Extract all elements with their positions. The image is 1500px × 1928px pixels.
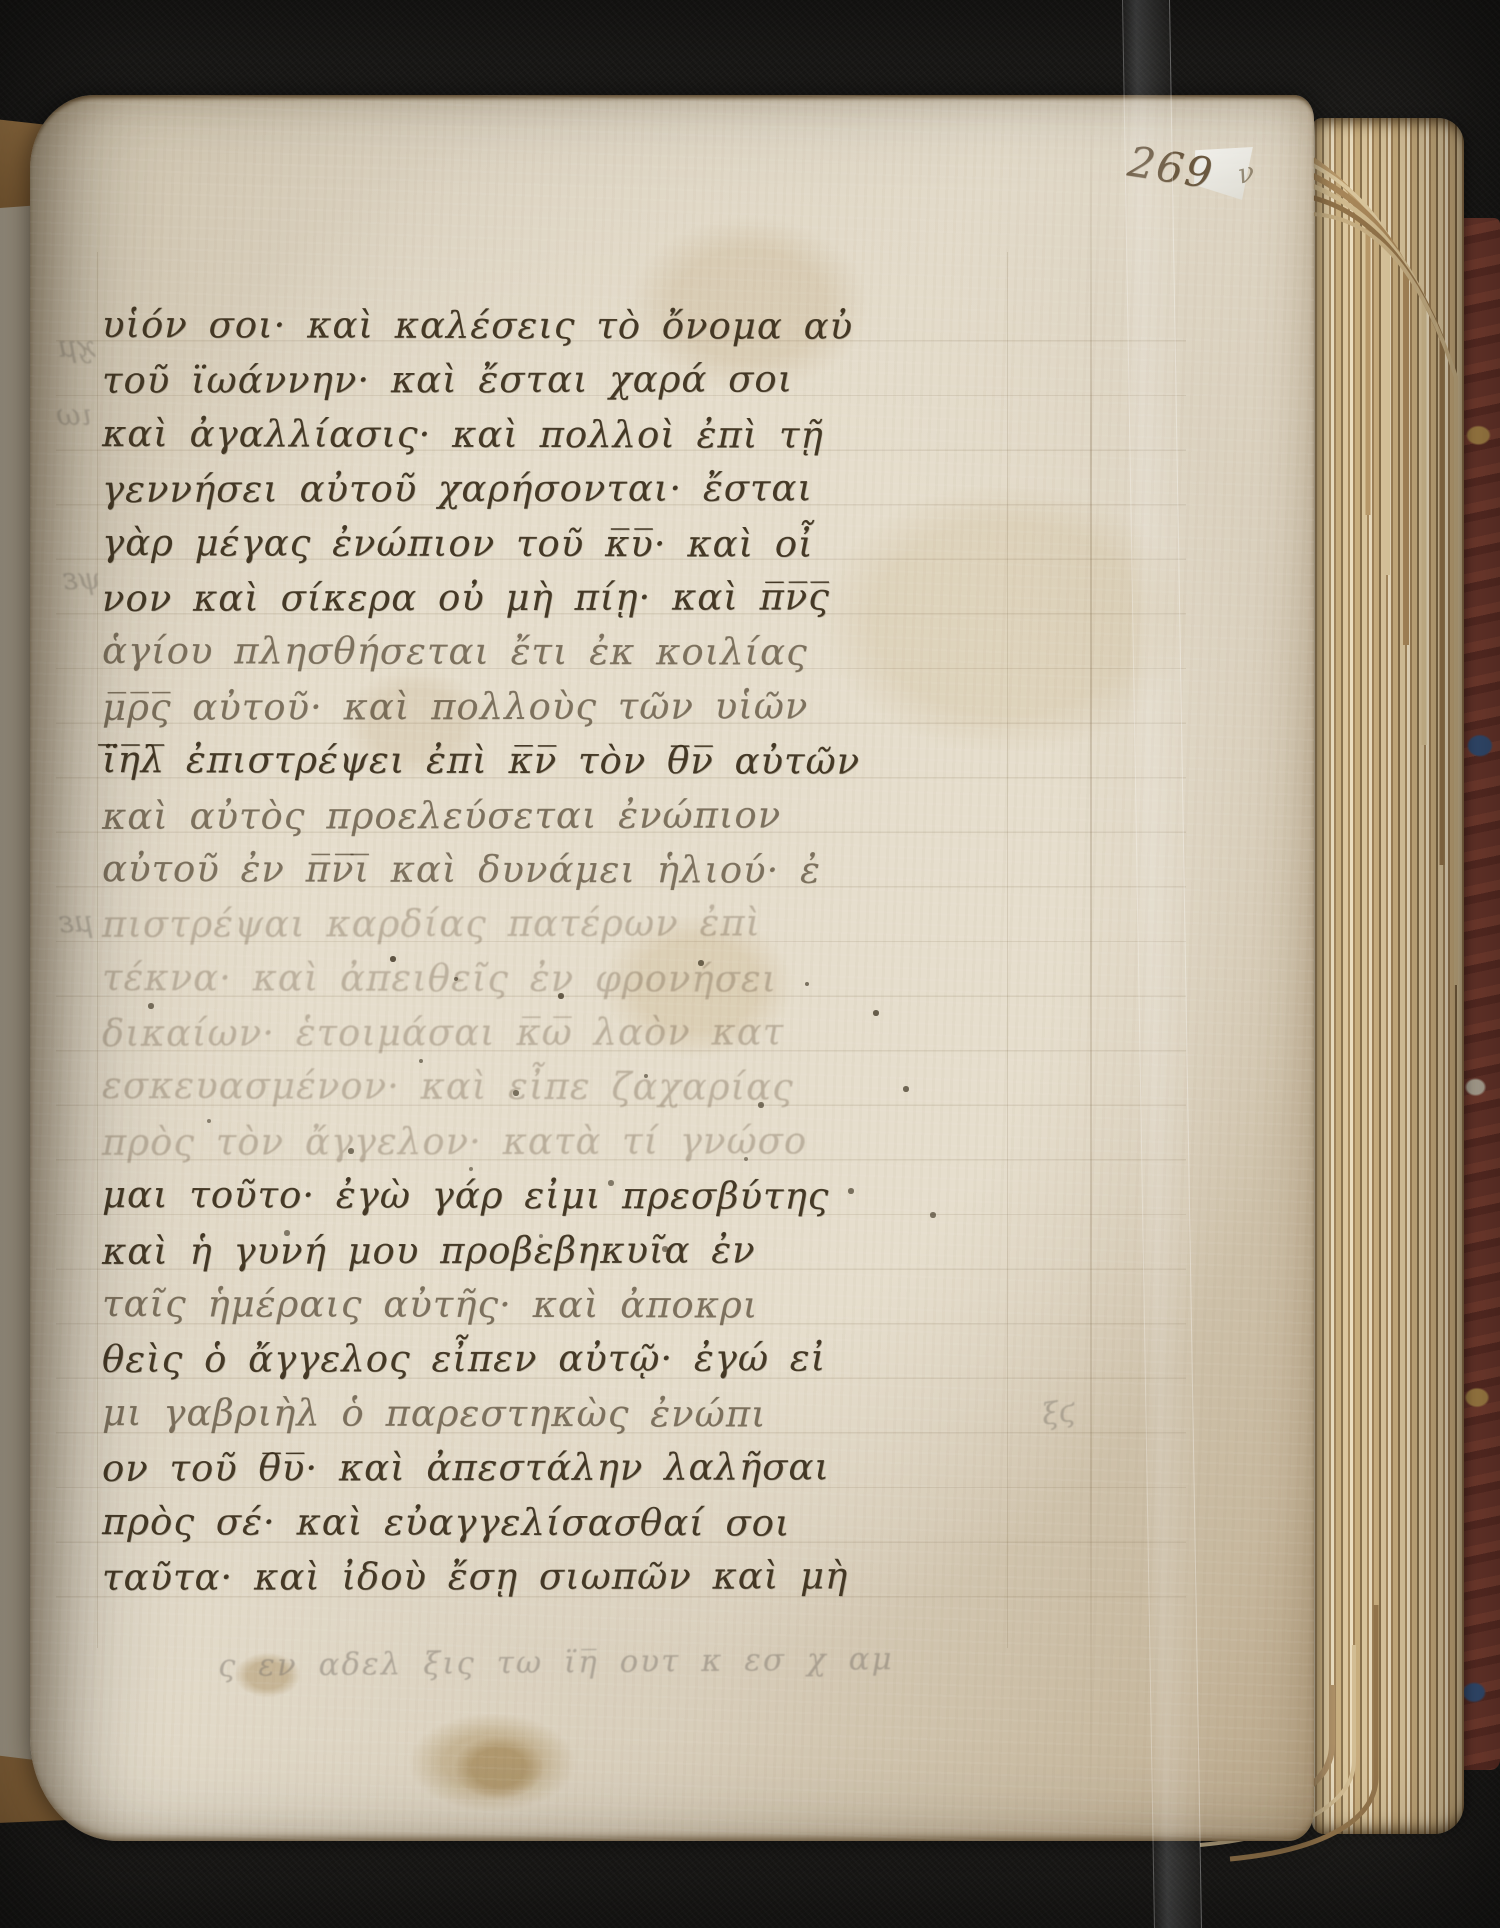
text-line: καὶ ἡ γυνή μου προβεβηκυῖα ἐν — [102, 1223, 942, 1279]
photograph-background: ϗμ ιω ψε με υἱόν σοι· καὶ καλέσεις τὸ ὄν… — [0, 0, 1500, 1928]
vertical-ruling-left — [97, 252, 98, 1648]
margin-ghost-mark: ξϛ — [1040, 1394, 1078, 1433]
show-through-mark: ιω — [56, 398, 92, 433]
text-line: ἁγίου πλησθήσεται ἔτι ἐκ κοιλίας — [102, 624, 942, 680]
show-through-mark: με — [58, 905, 94, 940]
text-line: νον καὶ σίκερα οὐ μὴ πίῃ· καὶ π̅ν̅ς̅ — [102, 570, 942, 626]
text-line: ταῖς ἡμέραις αὐτῆς· καὶ ἀποκρι — [102, 1277, 942, 1333]
text-line: θεὶς ὁ ἄγγελος εἶπεν αὐτῷ· ἐγώ εἰ — [102, 1332, 942, 1388]
text-line: γὰρ μέγας ἐνώπιον τοῦ κ̅υ̅· καὶ οἶ — [102, 516, 942, 572]
text-line: τοῦ ϊωάννην· καὶ ἔσται χαρά σοι — [102, 353, 942, 409]
text-line: καὶ αὐτὸς προελεύσεται ἐνώπιον — [102, 788, 942, 844]
text-line: πρὸς σέ· καὶ εὐαγγελίσασθαί σοι — [102, 1495, 942, 1551]
text-line: ταῦτα· καὶ ἰδοὺ ἔσῃ σιωπῶν καὶ μὴ — [102, 1549, 942, 1605]
text-line: ον τοῦ θ̅υ̅· καὶ ἀπεστάλην λαλῆσαι — [102, 1440, 942, 1496]
show-through-mark: ϗμ — [58, 330, 96, 365]
text-line: μ̅ρ̅ς̅ αὐτοῦ· καὶ πολλοὺς τῶν υἱῶν — [102, 679, 942, 735]
page-crease — [1090, 96, 1092, 1816]
text-line: μαι τοῦτο· ἐγὼ γάρ εἰμι πρεσβύτης — [102, 1168, 942, 1224]
text-line: τέκνα· καὶ ἀπειθεῖς ἐν φρονήσει — [102, 951, 942, 1007]
show-through-mark: ψε — [62, 562, 102, 597]
text-line: αὐτοῦ ἐν π̅ν̅ι̅ καὶ δυνάμει ἡλιού· ἐ — [102, 842, 942, 898]
text-line: γεννήσει αὐτοῦ χαρήσονται· ἔσται — [102, 461, 942, 517]
vertical-ruling-right — [1007, 252, 1008, 1648]
text-line: ϊ̅η̅λ̅ ἐπιστρέψει ἐπὶ κ̅ν̅ τὸν θ̅ν̅ αὐτῶ… — [102, 733, 942, 789]
ink-flecks — [0, 0, 2, 2]
text-line: δικαίων· ἑτοιμάσαι κ̅ω̅ λαὸν κατ — [102, 1005, 942, 1061]
text-line: καὶ ἀγαλλίασις· καὶ πολλοὶ ἐπὶ τῇ — [102, 407, 942, 463]
text-line: μι γαβριὴλ ὁ παρεστηκὼς ἐνώπι — [102, 1386, 942, 1442]
greek-text-block: υἱόν σοι· καὶ καλέσεις τὸ ὄνομα αὐ τοῦ ϊ… — [102, 299, 942, 1604]
text-line: πρὸς τὸν ἄγγελον· κατὰ τί γνώσο — [102, 1114, 942, 1170]
text-line: υἱόν σοι· καὶ καλέσεις τὸ ὄνομα αὐ — [102, 298, 942, 354]
text-line: πιστρέψαι καρδίας πατέρων ἐπὶ — [102, 896, 942, 952]
text-line: εσκευασμένον· καὶ εἶπε ζαχαρίας — [102, 1060, 942, 1116]
